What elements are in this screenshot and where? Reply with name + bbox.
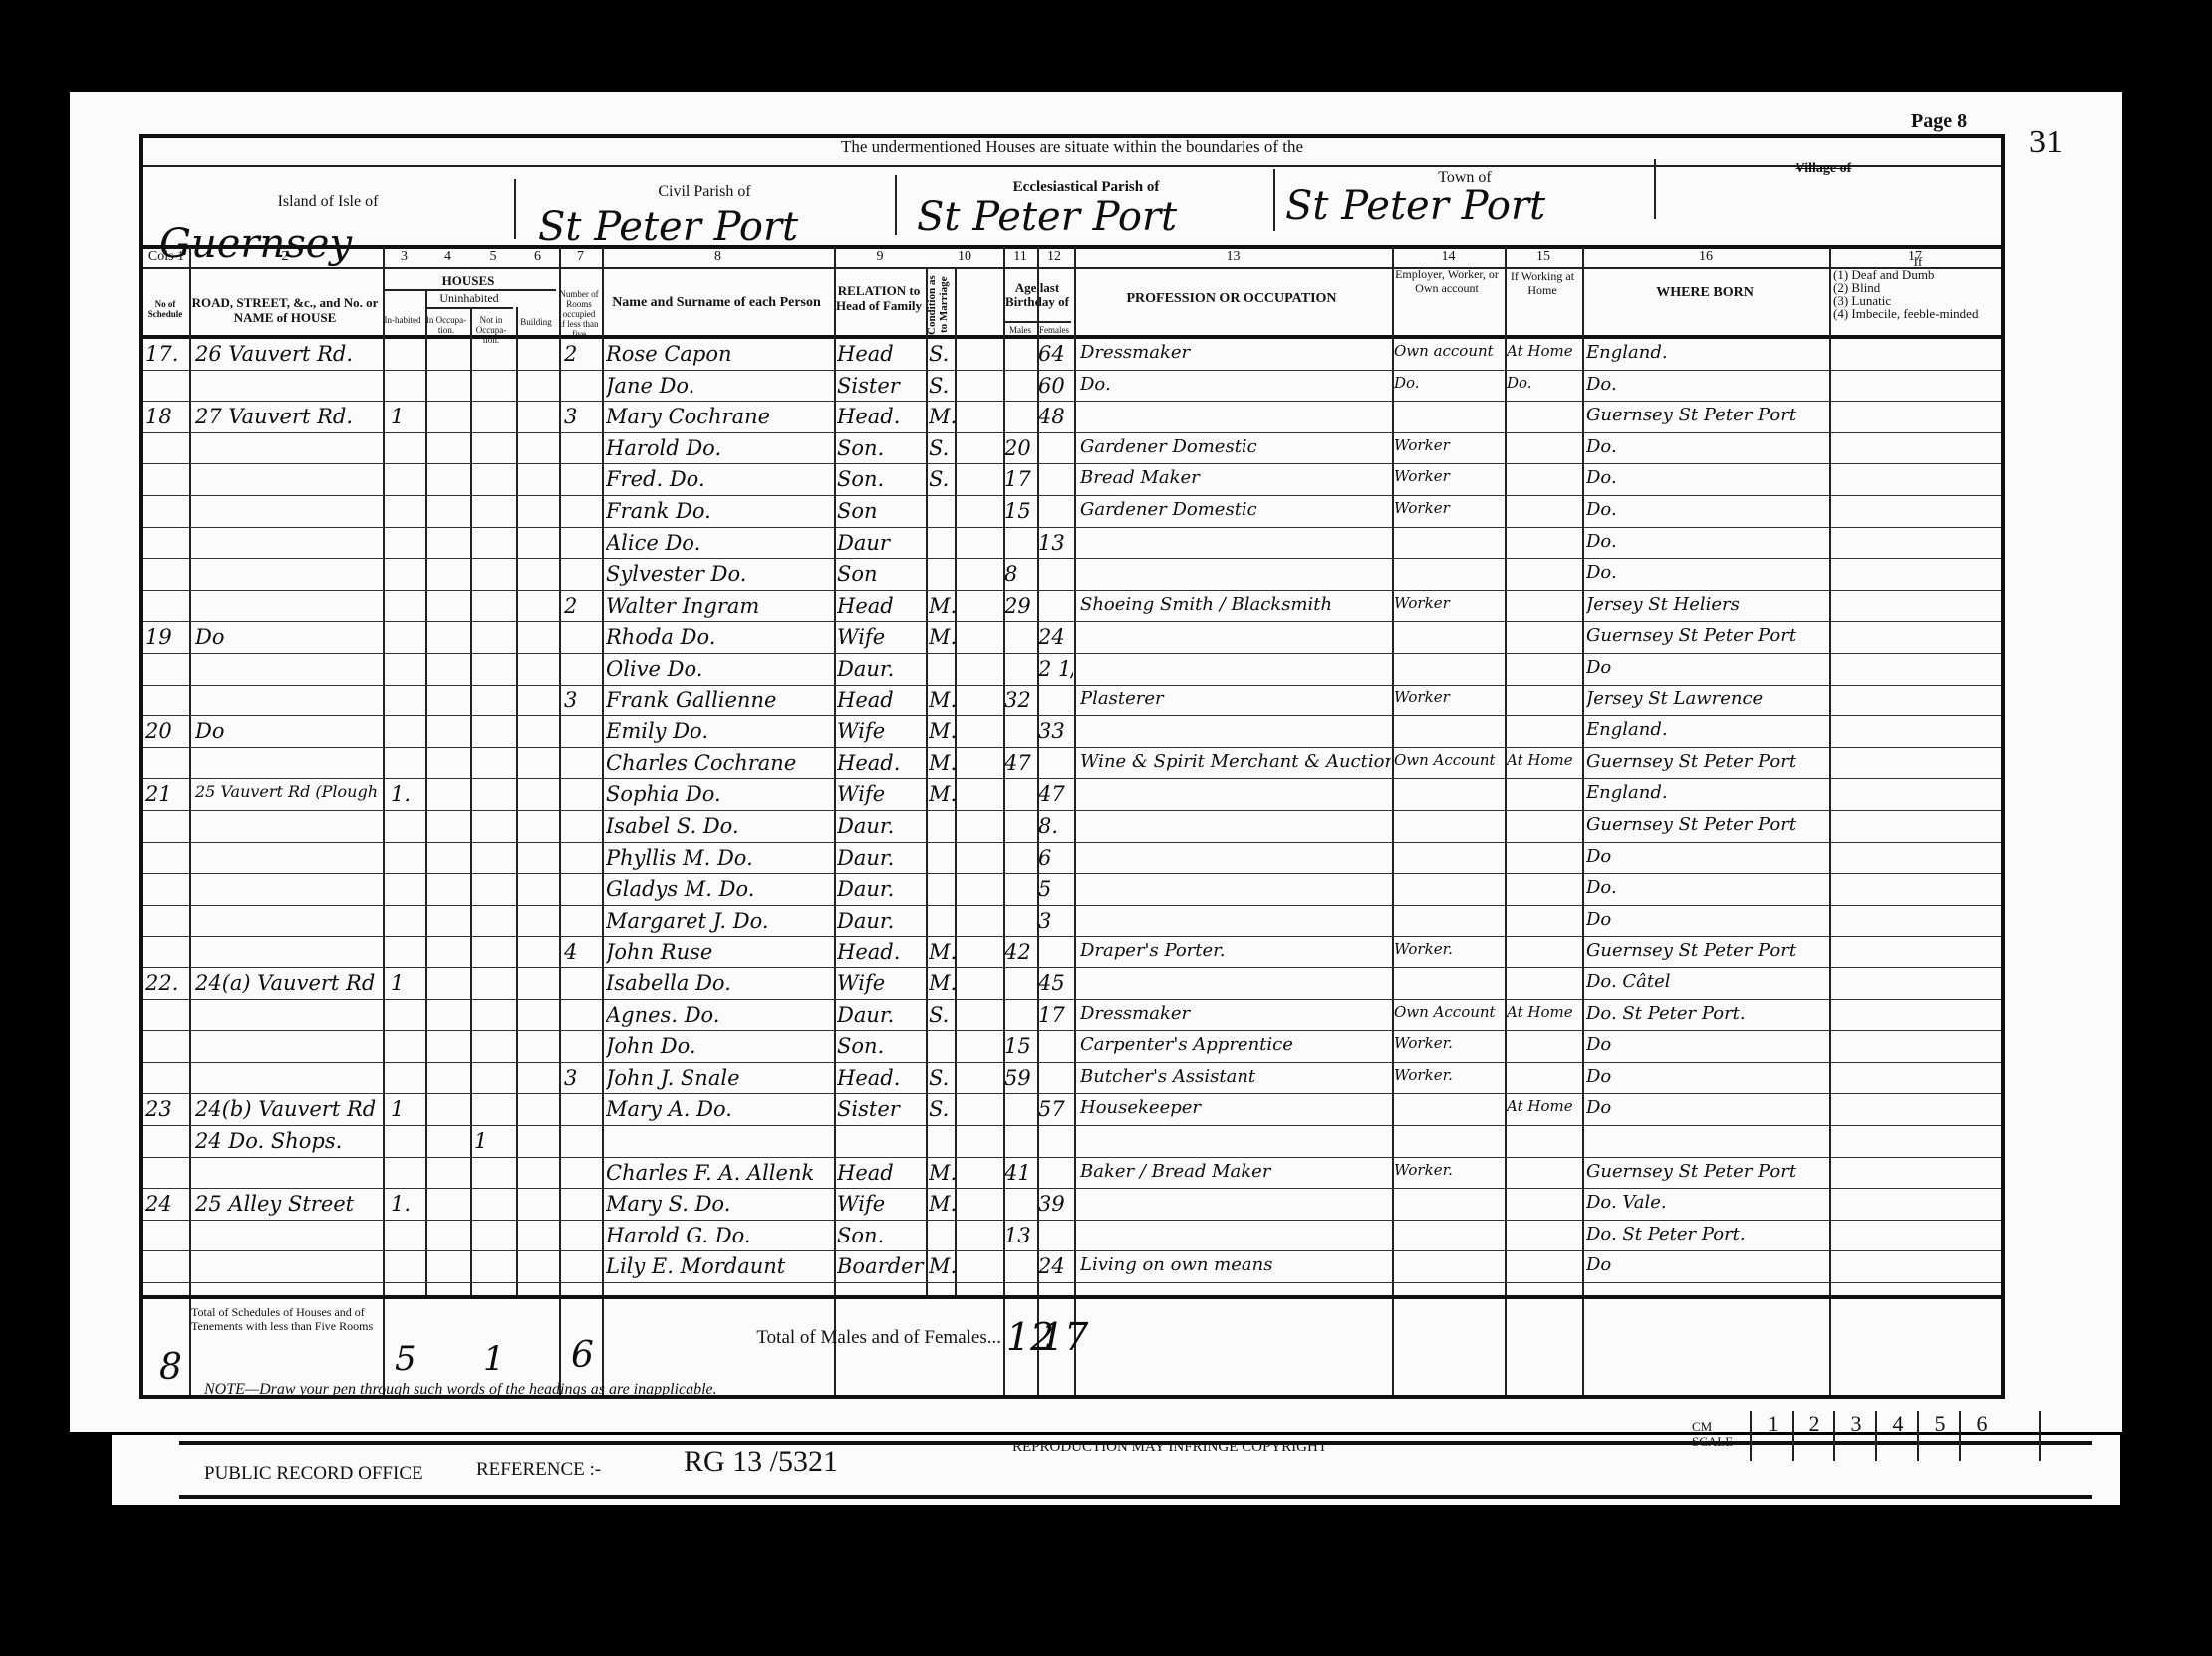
employment-status: Own Account (1394, 1003, 1504, 1021)
col-name-header: Name and Surname of each Person (602, 295, 831, 311)
col-working-home-header: If Working at Home (1505, 269, 1580, 297)
age-female: 24 (1038, 1254, 1073, 1278)
relation-to-head: Daur. (837, 909, 925, 933)
person-name: Frank Gallienne (606, 689, 833, 712)
cm-scale-mark: 1 (1750, 1411, 1794, 1461)
occupation: Living on own means (1080, 1254, 1391, 1275)
copyright-notice: REPRODUCTION MAY INFRINGE COPYRIGHT (1012, 1439, 1327, 1456)
schedule-number: 24 (145, 1192, 189, 1216)
employment-status: Worker (1394, 594, 1504, 612)
col-males-header: Males (1003, 325, 1037, 335)
person-name: Phyllis M. Do. (606, 846, 833, 870)
relation-to-head: Head (837, 342, 925, 366)
column-number: 2 (189, 249, 381, 265)
employment-status: Worker (1394, 689, 1504, 706)
cm-scale-mark: 3 (1833, 1411, 1877, 1461)
person-name: Frank Do. (606, 499, 833, 523)
relation-to-head: Son. (837, 436, 925, 460)
col-infirmity-header: If (1) Deaf and Dumb (2) Blind (3) Lunat… (1833, 255, 2003, 320)
occupation: Draper's Porter. (1080, 940, 1391, 961)
relation-to-head: Daur (837, 531, 925, 555)
record-office-label: PUBLIC RECORD OFFICE (204, 1463, 423, 1485)
occupation: Housekeeper (1080, 1097, 1391, 1118)
occupation: Wine & Spirit Merchant & Auctioneer Pub. (1080, 751, 1391, 772)
column-number: 15 (1505, 249, 1582, 265)
folio-number: 31 (2029, 124, 2063, 161)
relation-to-head: Wife (837, 971, 925, 995)
column-number: 16 (1582, 249, 1829, 265)
person-name: Walter Ingram (606, 594, 833, 618)
col-in-occupation-header: In Occupa-tion. (425, 315, 467, 335)
relation-to-head: Head (837, 1161, 925, 1185)
employment-status: Own Account (1394, 751, 1504, 769)
age-female: 24 (1038, 625, 1073, 649)
table-row (143, 1126, 2001, 1158)
occupation: Gardener Domestic (1080, 436, 1391, 457)
marital-condition: M. (929, 719, 980, 743)
person-name: Mary Cochrane (606, 405, 833, 428)
person-name: Lily E. Mordaunt (606, 1254, 833, 1278)
birthplace: Do (1586, 1034, 1829, 1055)
age-female: 5 (1038, 877, 1073, 901)
birthplace: Guernsey St Peter Port (1586, 405, 1829, 425)
col-employer-header: Employer, Worker, or Own account (1392, 267, 1502, 295)
inhabited-count: 1. (391, 782, 424, 806)
age-female: 64 (1038, 342, 1073, 366)
employment-status: Worker (1394, 436, 1504, 454)
occupation: Dressmaker (1080, 342, 1391, 363)
age-female: 47 (1038, 782, 1073, 806)
road-address: Do (195, 625, 381, 649)
person-name: Isabel S. Do. (606, 814, 833, 838)
age-male: 15 (1004, 1034, 1037, 1058)
relation-to-head: Son. (837, 467, 925, 491)
birthplace: England. (1586, 342, 1829, 363)
person-name: Sylvester Do. (606, 562, 833, 586)
col-uninhabited-header: Uninhabited (425, 291, 513, 306)
column-number: 10 (926, 249, 1003, 265)
birthplace: Do (1586, 1066, 1829, 1087)
marital-condition: S. (929, 1066, 980, 1090)
relation-to-head: Daur. (837, 1003, 925, 1027)
birthplace: Do. (1586, 562, 1829, 583)
working-at-home: At Home (1507, 751, 1582, 769)
relation-to-head: Daur. (837, 877, 925, 901)
col-occupation-header: PROFESSION OR OCCUPATION (1074, 291, 1389, 307)
cm-scale-mark: 6 (1959, 1411, 2003, 1461)
total-males-females-label: Total of Males and of Females... (688, 1327, 1001, 1349)
birthplace: Jersey St Heliers (1586, 594, 1829, 615)
person-name: Sophia Do. (606, 782, 833, 806)
col-where-born-header: WHERE BORN (1582, 285, 1827, 301)
rooms-count: 3 (564, 405, 598, 428)
birthplace: Guernsey St Peter Port (1586, 814, 1829, 835)
employment-status: Worker (1394, 499, 1504, 517)
age-female: 13 (1038, 531, 1073, 555)
person-name: Fred. Do. (606, 467, 833, 491)
road-address: 24(b) Vauvert Rd (195, 1097, 381, 1121)
age-female: 60 (1038, 374, 1073, 398)
column-number: 6 (516, 249, 559, 265)
employment-status: Worker (1394, 467, 1504, 485)
age-female: 2 1/12 th (1038, 657, 1073, 681)
relation-to-head: Head. (837, 405, 925, 428)
rooms-count: 2 (564, 594, 598, 618)
column-number: 13 (1074, 249, 1392, 265)
person-name: Harold Do. (606, 436, 833, 460)
person-name: Mary S. Do. (606, 1192, 833, 1216)
marital-condition: M. (929, 971, 980, 995)
age-female: 57 (1038, 1097, 1073, 1121)
page-label: Page 8 (1911, 110, 1967, 133)
col-schedule-header: No of Schedule (143, 299, 187, 319)
birthplace: Guernsey St Peter Port (1586, 625, 1829, 646)
cm-scale-mark: 5 (1917, 1411, 1961, 1461)
person-name: Alice Do. (606, 531, 833, 555)
employment-status: Worker. (1394, 1066, 1504, 1084)
relation-to-head: Son. (837, 1224, 925, 1247)
column-number: 11 (1003, 249, 1037, 265)
col-building-header: Building (516, 317, 556, 327)
rooms-count: 2 (564, 342, 598, 366)
birthplace: Do (1586, 657, 1829, 678)
working-at-home: At Home (1507, 342, 1582, 360)
age-male: 41 (1004, 1161, 1037, 1185)
schedule-number: 23 (145, 1097, 189, 1121)
person-name: Charles F. A. Allenk (606, 1161, 833, 1185)
marital-condition: S. (929, 436, 980, 460)
birthplace: Guernsey St Peter Port (1586, 751, 1829, 772)
age-male: 59 (1004, 1066, 1037, 1090)
employment-status: Worker. (1394, 1161, 1504, 1179)
working-at-home: Do. (1507, 374, 1582, 392)
schedule-number: 22. (145, 971, 189, 995)
relation-to-head: Head. (837, 751, 925, 775)
marital-condition: M. (929, 782, 980, 806)
road-address: 27 Vauvert Rd. (195, 405, 381, 428)
birthplace: Do (1586, 1254, 1829, 1275)
relation-to-head: Wife (837, 782, 925, 806)
age-male: 15 (1004, 499, 1037, 523)
age-female: 3 (1038, 909, 1073, 933)
marital-condition: S. (929, 342, 980, 366)
working-at-home: At Home (1507, 1097, 1582, 1115)
age-male: 32 (1004, 689, 1037, 712)
schedule-number: 20 (145, 719, 189, 743)
person-name: Mary A. Do. (606, 1097, 833, 1121)
age-male: 8 (1004, 562, 1037, 586)
total-females: 17 (1040, 1315, 1088, 1359)
relation-to-head: Boarder (837, 1254, 925, 1278)
rooms-count: 3 (564, 689, 598, 712)
total-inhabited: 5 (395, 1339, 416, 1379)
relation-to-head: Head (837, 594, 925, 618)
person-name: Jane Do. (606, 374, 833, 398)
town-value: St Peter Port (1285, 183, 1545, 229)
road-address: 26 Vauvert Rd. (195, 342, 381, 366)
column-number: 14 (1392, 249, 1505, 265)
total-schedules-count: 8 (159, 1347, 182, 1388)
col-road-header: ROAD, STREET, &c., and No. or NAME of HO… (191, 295, 379, 325)
inhabited-count: 1. (391, 1192, 424, 1216)
form-title: The undermentioned Houses are situate wi… (139, 138, 2005, 157)
column-number: 8 (602, 249, 834, 265)
occupation: Baker / Bread Maker (1080, 1161, 1391, 1182)
cm-scale-label: CM SCALE (1692, 1419, 1733, 1449)
rooms-count: 3 (564, 1066, 598, 1090)
relation-to-head: Son (837, 499, 925, 523)
rooms-count: 4 (564, 940, 598, 964)
employment-status: Worker. (1394, 940, 1504, 958)
occupation: Carpenter's Apprentice (1080, 1034, 1391, 1055)
age-female: 45 (1038, 971, 1073, 995)
age-female: 48 (1038, 405, 1073, 428)
infirmity-4: (4) Imbecile, feeble-minded (1833, 307, 2003, 320)
occupation: Shoeing Smith / Blacksmith (1080, 594, 1391, 615)
cm-scale-mark: 2 (1792, 1411, 1835, 1461)
age-male: 13 (1004, 1224, 1037, 1247)
reference-value: RG 13 /5321 (684, 1445, 838, 1479)
birthplace: Do. (1586, 436, 1829, 457)
marital-condition: M. (929, 594, 980, 618)
age-female: 33 (1038, 719, 1073, 743)
age-female: 6 (1038, 846, 1073, 870)
birthplace: Do. St Peter Port. (1586, 1003, 1829, 1024)
birthplace: Do. (1586, 467, 1829, 488)
village-label: Village of (1654, 161, 1993, 177)
col-rooms-header: Number of Rooms occupied if less than fi… (559, 289, 599, 339)
marital-condition: M. (929, 1161, 980, 1185)
person-name: Rhoda Do. (606, 625, 833, 649)
cm-scale-mark: 4 (1875, 1411, 1919, 1461)
relation-to-head: Daur. (837, 846, 925, 870)
road-address: 25 Vauvert Rd (Plough Inn.) (195, 782, 381, 801)
birthplace: Jersey St Lawrence (1586, 689, 1829, 709)
col-females-header: Females (1037, 325, 1071, 335)
total-schedules-label: Total of Schedules of Houses and of Tene… (191, 1305, 377, 1333)
occupation: Butcher's Assistant (1080, 1066, 1391, 1087)
person-name: Margaret J. Do. (606, 909, 833, 933)
relation-to-head: Sister (837, 374, 925, 398)
column-number: 9 (834, 249, 926, 265)
column-number: 7 (559, 249, 602, 265)
working-at-home: At Home (1507, 1003, 1582, 1021)
marital-condition: S. (929, 1003, 980, 1027)
reference-label: REFERENCE :- (476, 1459, 601, 1481)
col-houses-header: HOUSES (383, 273, 554, 289)
person-name: John J. Snale (606, 1066, 833, 1090)
column-number: 3 (383, 249, 425, 265)
cm-scale-ruler: 123456 (1750, 1411, 2041, 1461)
scale-label: SCALE (1692, 1434, 1733, 1449)
civil-parish-label: Civil Parish of (515, 183, 894, 201)
schedule-number: 17. (145, 342, 189, 366)
schedule-number: 21 (145, 782, 189, 806)
relation-to-head: Head. (837, 940, 925, 964)
age-male: 20 (1004, 436, 1037, 460)
marital-condition: S. (929, 374, 980, 398)
age-female: 17 (1038, 1003, 1073, 1027)
person-name: John Do. (606, 1034, 833, 1058)
birthplace: Guernsey St Peter Port (1586, 1161, 1829, 1182)
inhabited-count: 1 (391, 405, 424, 428)
road-address: Do (195, 719, 381, 743)
relation-to-head: Daur. (837, 814, 925, 838)
road-address: 24(a) Vauvert Rd (195, 971, 381, 995)
marital-condition: M. (929, 689, 980, 712)
birthplace: England. (1586, 719, 1829, 740)
birthplace: Do. Câtel (1586, 971, 1829, 992)
occupation: Do. (1080, 374, 1391, 395)
marital-condition: M. (929, 1254, 980, 1278)
person-name: Isabella Do. (606, 971, 833, 995)
marital-condition: M. (929, 751, 980, 775)
relation-to-head: Wife (837, 719, 925, 743)
cm-label: CM (1692, 1419, 1733, 1434)
age-female: 8. (1038, 814, 1073, 838)
birthplace: England. (1586, 782, 1829, 803)
person-name: Olive Do. (606, 657, 833, 681)
marital-condition: S. (929, 467, 980, 491)
relation-to-head: Sister (837, 1097, 925, 1121)
inhabited-count: 1 (391, 971, 424, 995)
col-condition-header: Condition as to Marriage (926, 275, 953, 335)
person-name: Emily Do. (606, 719, 833, 743)
age-male: 47 (1004, 751, 1037, 775)
relation-to-head: Head. (837, 1066, 925, 1090)
marital-condition: M. (929, 405, 980, 428)
footnote: NOTE—Draw your pen through such words of… (204, 1381, 717, 1399)
age-female: 39 (1038, 1192, 1073, 1216)
civil-parish-value: St Peter Port (538, 204, 798, 250)
column-number: 4 (425, 249, 470, 265)
inhabited-count: 1 (391, 1097, 424, 1121)
total-uninhabited-not-occupied: 1 (483, 1339, 505, 1379)
person-name: Agnes. Do. (606, 1003, 833, 1027)
age-male: 17 (1004, 467, 1037, 491)
age-male: 42 (1004, 940, 1037, 964)
col-relation-header: RELATION to Head of Family (834, 283, 924, 313)
relation-to-head: Daur. (837, 657, 925, 681)
column-number: Cols 1 (143, 249, 189, 265)
occupation: Bread Maker (1080, 467, 1391, 488)
marital-condition: M. (929, 1192, 980, 1216)
birthplace: Do (1586, 909, 1829, 930)
age-male: 29 (1004, 594, 1037, 618)
employment-status: Own account (1394, 342, 1504, 360)
column-number: 12 (1037, 249, 1071, 265)
road-address: 24 Do. Shops. (195, 1129, 381, 1153)
birthplace: Do. (1586, 877, 1829, 898)
occupation: Dressmaker (1080, 1003, 1391, 1024)
person-name: Rose Capon (606, 342, 833, 366)
relation-to-head: Head (837, 689, 925, 712)
person-name: Harold G. Do. (606, 1224, 833, 1247)
birthplace: Do. (1586, 499, 1829, 520)
marital-condition: M. (929, 940, 980, 964)
total-rooms: 6 (571, 1335, 594, 1376)
relation-to-head: Wife (837, 625, 925, 649)
person-name: John Ruse (606, 940, 833, 964)
birthplace: Do. Vale. (1586, 1192, 1829, 1213)
marital-condition: M. (929, 625, 980, 649)
occupation: Gardener Domestic (1080, 499, 1391, 520)
person-name: Gladys M. Do. (606, 877, 833, 901)
road-address: 25 Alley Street (195, 1192, 381, 1216)
schedule-number: 19 (145, 625, 189, 649)
schedule-number: 18 (145, 405, 189, 428)
employment-status: Do. (1394, 374, 1504, 392)
employment-status: Worker. (1394, 1034, 1504, 1052)
island-label: Island of Isle of (143, 193, 512, 211)
col-inhabited-header: In-habited (383, 315, 422, 325)
column-number: 5 (470, 249, 516, 265)
uninhabited-not-occupied: 1 (474, 1129, 514, 1153)
ecclesiastical-parish-value: St Peter Port (917, 194, 1177, 240)
marital-condition: S. (929, 1097, 980, 1121)
person-name: Charles Cochrane (606, 751, 833, 775)
relation-to-head: Son (837, 562, 925, 586)
birthplace: Do (1586, 846, 1829, 867)
birthplace: Do (1586, 1097, 1829, 1118)
birthplace: Guernsey St Peter Port (1586, 940, 1829, 961)
relation-to-head: Wife (837, 1192, 925, 1216)
birthplace: Do. (1586, 531, 1829, 552)
birthplace: Do. St Peter Port. (1586, 1224, 1829, 1244)
relation-to-head: Son. (837, 1034, 925, 1058)
occupation: Plasterer (1080, 689, 1391, 709)
birthplace: Do. (1586, 374, 1829, 395)
